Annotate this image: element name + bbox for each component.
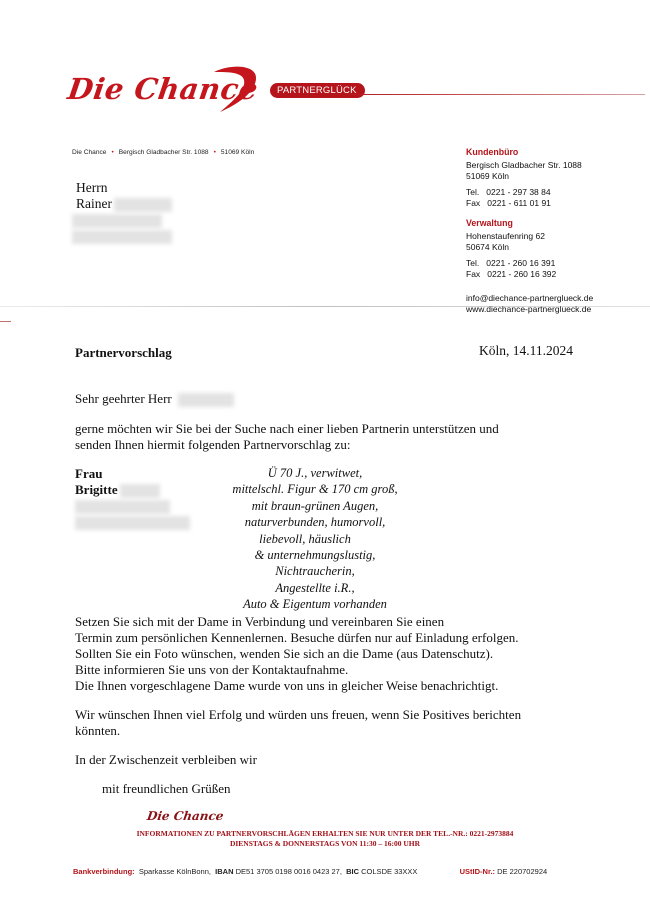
kundenbuero-city: 51069 Köln — [466, 171, 593, 182]
bullet-separator: • — [214, 149, 216, 156]
fold-mark — [0, 321, 11, 322]
description-line: mit braun-grünen Augen, — [200, 498, 430, 514]
verwaltung-tel: Tel. 0221 - 260 16 391 — [466, 258, 593, 269]
wishes-line: könnten. — [75, 723, 521, 739]
instruction-line: Die Ihnen vorgeschlagene Dame wurde von … — [75, 678, 518, 694]
signature-logo: Die Chance — [146, 809, 224, 823]
intro-line: senden Ihnen hiermit folgenden Partnervo… — [75, 437, 499, 453]
letter-subject: Partnervorschlag — [75, 345, 172, 361]
instruction-line: Setzen Sie sich mit der Dame in Verbindu… — [75, 614, 518, 630]
contact-block: Kundenbüro Bergisch Gladbacher Str. 1088… — [466, 147, 593, 315]
redacted-street — [72, 214, 162, 228]
intro-paragraph: gerne möchten wir Sie bei der Suche nach… — [75, 421, 499, 453]
redacted-greeting-name — [178, 393, 234, 407]
redacted-candidate-street — [75, 500, 170, 514]
closing-line: In der Zwischenzeit verbleiben wir — [75, 752, 257, 768]
fold-line — [0, 306, 650, 307]
verwaltung-street: Hohenstaufenring 62 — [466, 231, 593, 242]
description-line: mittelschl. Figur & 170 cm groß, — [200, 481, 430, 497]
bic-label: BIC — [346, 867, 359, 876]
bullet-separator: • — [111, 149, 113, 156]
greeting-text: Sehr geehrter Herr — [75, 391, 172, 406]
kundenbuero-tel: Tel. 0221 - 297 38 84 — [466, 187, 593, 198]
sender-city: 51069 Köln — [221, 149, 254, 156]
kundenbuero-street: Bergisch Gladbacher Str. 1088 — [466, 160, 593, 171]
kundenbuero-fax: Fax 0221 - 611 01 91 — [466, 198, 593, 209]
info-line: INFORMATIONEN ZU PARTNERVORSCHLÄGEN ERHA… — [80, 829, 570, 839]
instruction-line: Sollten Sie ein Foto wünschen, wenden Si… — [75, 646, 518, 662]
iban-value: DE51 3705 0198 0016 0423 27, — [236, 867, 342, 876]
recipient-first-name: Rainer — [76, 196, 112, 211]
closing-regards: mit freundlichen Grüßen — [102, 781, 231, 797]
description-line: liebevoll, häuslich — [180, 531, 430, 547]
redacted-candidate-city — [75, 516, 190, 530]
ustid-value: DE 220702924 — [497, 867, 547, 876]
iban-label: IBAN — [215, 867, 233, 876]
contact-email[interactable]: info@diechance-partnerglueck.de — [466, 293, 593, 304]
instruction-line: Termin zum persönlichen Kennenlernen. Be… — [75, 630, 518, 646]
description-line: & unternehmungslustig, — [200, 547, 430, 563]
wishes-paragraph: Wir wünschen Ihnen viel Erfolg und würde… — [75, 707, 521, 739]
ustid-label: UStID-Nr.: — [460, 867, 495, 876]
bank-name: Sparkasse KölnBonn, — [139, 867, 211, 876]
recipient-salutation: Herrn — [76, 180, 172, 196]
bic-value: COLSDE 33XXX — [361, 867, 417, 876]
sender-street: Bergisch Gladbacher Str. 1088 — [119, 149, 209, 156]
letter-date: Köln, 14.11.2024 — [479, 343, 573, 359]
partnerglueck-badge: PARTNERGLÜCK — [270, 83, 365, 98]
description-line: Auto & Eigentum vorhanden — [200, 596, 430, 612]
greeting: Sehr geehrter Herr — [75, 391, 234, 407]
candidate-salutation: Frau — [75, 466, 190, 482]
intro-line: gerne möchten wir Sie bei der Suche nach… — [75, 421, 499, 437]
description-line: naturverbunden, humorvoll, — [200, 514, 430, 530]
recipient-address: Herrn Rainer — [76, 180, 172, 244]
verwaltung-fax: Fax 0221 - 260 16 392 — [466, 269, 593, 280]
sender-address-line: Die Chance•Bergisch Gladbacher Str. 1088… — [72, 149, 254, 156]
instruction-line: Bitte informieren Sie uns von der Kontak… — [75, 662, 518, 678]
candidate-description: Ü 70 J., verwitwet, mittelschl. Figur & … — [200, 465, 430, 613]
description-line: Ü 70 J., verwitwet, — [200, 465, 430, 481]
header-divider — [340, 94, 645, 95]
bank-label: Bankverbindung: — [73, 867, 135, 876]
verwaltung-city: 50674 Köln — [466, 242, 593, 253]
info-line: DIENSTAGS & DONNERSTAGS VON 11:30 – 16:0… — [80, 839, 570, 849]
redacted-city — [72, 230, 172, 244]
candidate-first-name: Brigitte — [75, 482, 118, 497]
verwaltung-heading: Verwaltung — [466, 218, 593, 229]
sender-company: Die Chance — [72, 149, 106, 156]
heart-swoosh-icon — [212, 62, 260, 114]
description-line: Nichtraucherin, — [200, 563, 430, 579]
candidate-name: Frau Brigitte — [75, 466, 190, 530]
description-line: Angestellte i.R., — [200, 580, 430, 596]
kundenbuero-heading: Kundenbüro — [466, 147, 593, 158]
redacted-candidate-surname — [120, 484, 160, 498]
redacted-surname — [114, 198, 172, 212]
instructions-paragraph: Setzen Sie sich mit der Dame in Verbindu… — [75, 614, 518, 694]
wishes-line: Wir wünschen Ihnen viel Erfolg und würde… — [75, 707, 521, 723]
bank-footer: Bankverbindung: Sparkasse KölnBonn, IBAN… — [73, 867, 547, 876]
info-notice: INFORMATIONEN ZU PARTNERVORSCHLÄGEN ERHA… — [80, 829, 570, 848]
